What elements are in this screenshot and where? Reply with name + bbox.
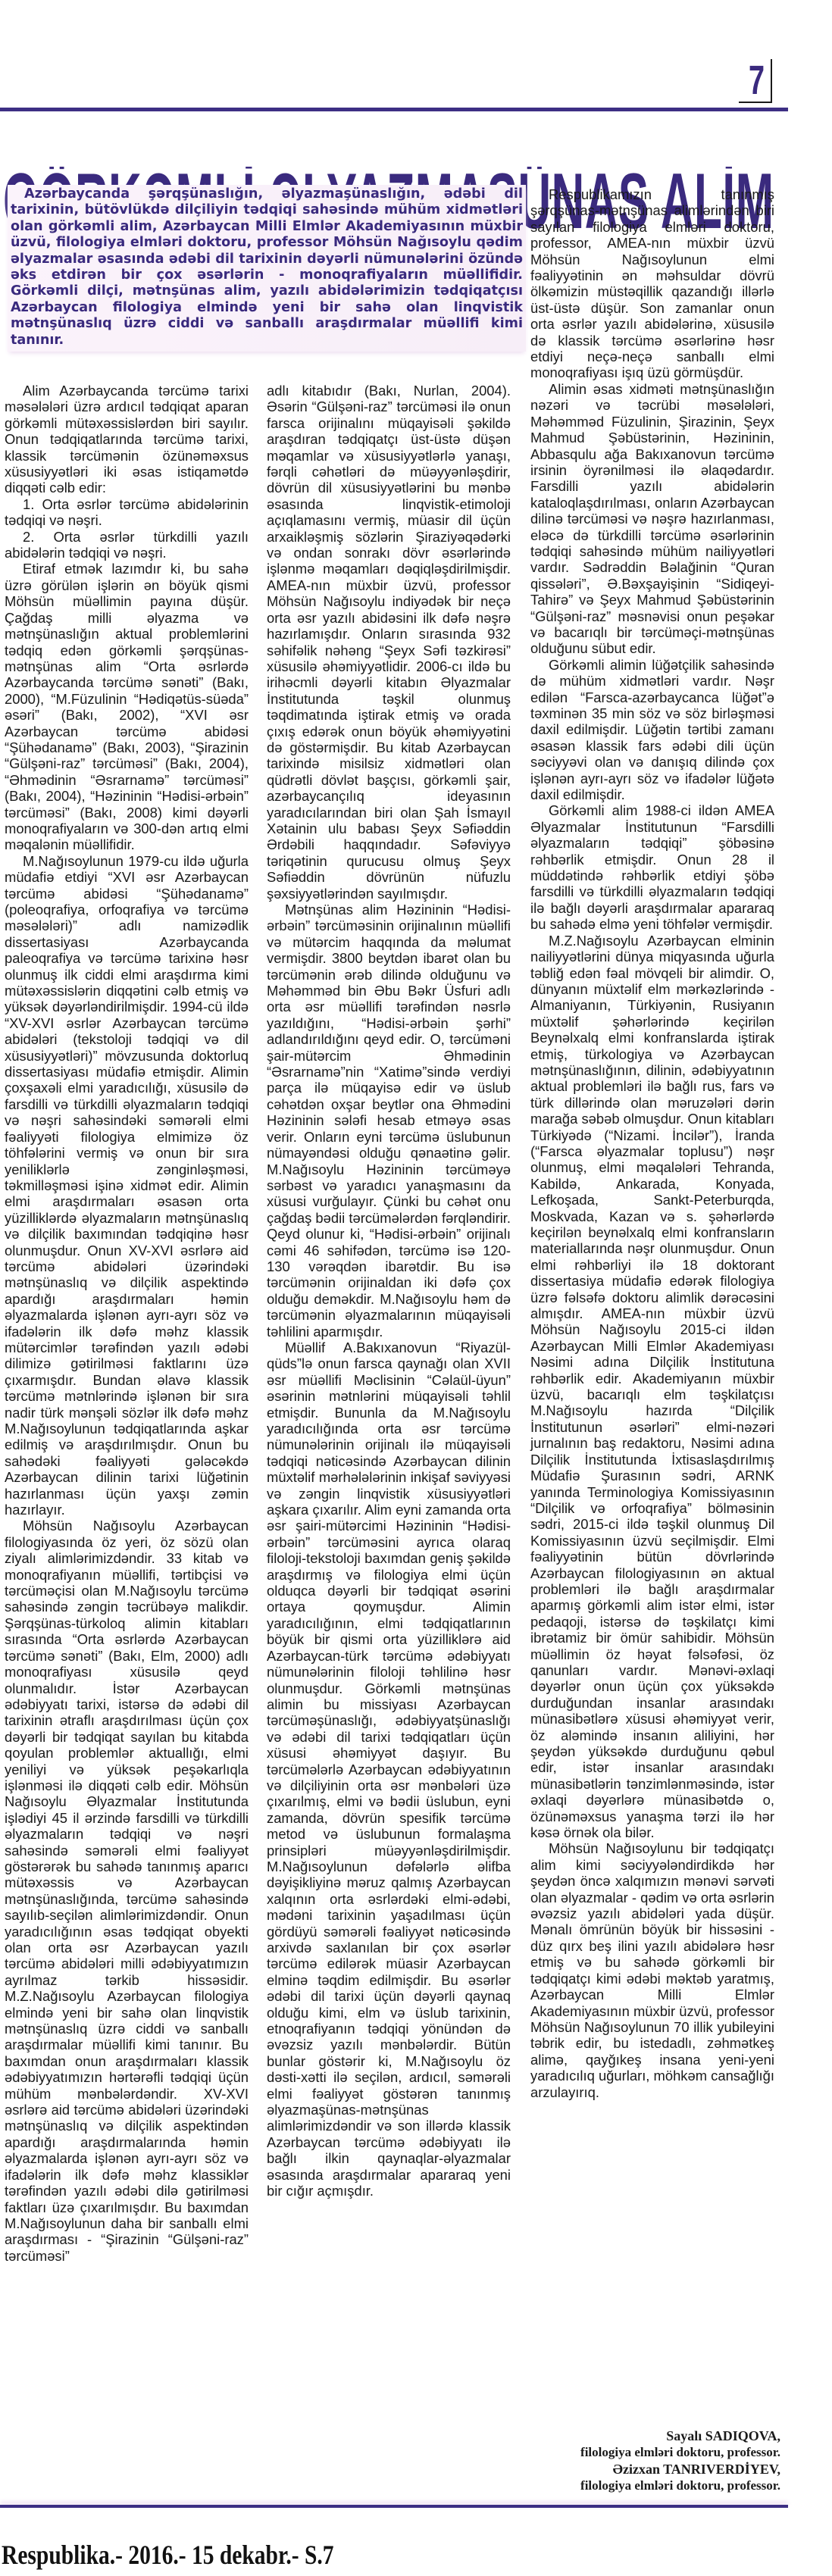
source-citation: Respublika.- 2016.- 15 dekabr.- S.7 [2,2540,334,2570]
paragraph: M.Nağısoylunun 1979-cu ildə uğurla müdaf… [5,853,249,1518]
paragraph: Mətnşünas alim Həzininin “Hədisi-ərbəin”… [267,902,511,1340]
text-column-3: Respublikamızın tanınmış şərqşünas-mətnş… [530,186,774,2100]
author-title: filologiya elmləri doktoru, professor. [523,2444,780,2461]
paragraph: Respublikamızın tanınmış şərqşünas-mətnş… [530,186,774,381]
text-column-2: adlı kitabıdır (Bakı, Nurlan, 2004). Əsə… [267,383,511,2199]
paragraph: Etiraf etmək lazımdır ki, bu sahə üzrə g… [5,561,249,852]
paragraph: Möhsün Nağısoylunu bir tədqiqatçı alim k… [530,1840,774,2100]
paragraph: 1. Orta əsrlər tərcümə abidələrinin tədq… [5,496,249,529]
top-divider [0,108,788,111]
author-name: Əzizxan TANRIVERDİYEV, [523,2461,780,2478]
paragraph: Möhsün Nağısoylu Azərbaycan filologiyası… [5,1518,249,2264]
bottom-divider [0,2505,788,2508]
lead-paragraph: Azərbaycanda şərqşünaslığın, əlyazmaşüna… [11,186,523,349]
paragraph: Alimin əsas xidməti mətnşünaslığın nəzər… [530,381,774,657]
page-number: 7 [749,59,765,102]
paragraph: M.Z.Nağısoylu Azərbaycan elminin nailiyy… [530,933,774,1841]
paragraph: Görkəmli alim 1988-ci ildən AMEA Əlyazma… [530,802,774,932]
page-number-box: 7 [739,59,772,103]
paragraph: 2. Orta əsrlər türkdilli yazılı abidələr… [5,529,249,561]
text-column-1: Alim Azərbaycanda tərcümə tarixi məsələl… [5,383,249,2264]
article-lead: Azərbaycanda şərqşünaslığın, əlyazmaşüna… [8,185,526,352]
author-name: Sayalı SADIQOVA, [523,2428,780,2444]
paragraph: Alim Azərbaycanda tərcümə tarixi məsələl… [5,383,249,496]
paragraph: adlı kitabıdır (Bakı, Nurlan, 2004). Əsə… [267,383,511,902]
paragraph: Görkəmli alimin lüğətçilik sahəsində də … [530,657,774,803]
paragraph: Müəllif A.Bakıxanovun “Riyazül-qüds”lə o… [267,1340,511,2199]
author-title: filologiya elmləri doktoru, professor. [523,2478,780,2494]
author-signature: Sayalı SADIQOVA, filologiya elmləri dokt… [523,2428,780,2494]
